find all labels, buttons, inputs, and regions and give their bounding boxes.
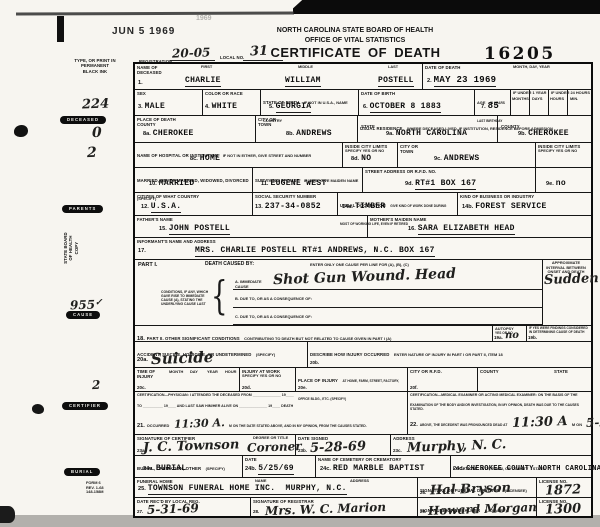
local-no-label: LOCAL NO.: [220, 55, 244, 60]
field-certifier-address: ADDRESS 23c. Murphy, N. C.: [391, 435, 589, 455]
immediate-cause-label: a. IMMEDIATE CAUSE: [235, 280, 269, 289]
row-name: NAME OF DECEASED FIRST MIDDLE LAST 1. CH…: [135, 64, 591, 90]
examiner-statement: 22.ABOVE, THE DECEDENT WAS PRONOUNCED DE…: [410, 413, 600, 431]
autopsy-value: no: [505, 331, 519, 341]
field-other-conditions: 18.PART II. OTHER SIGNIFICANT CONDITIONS…: [135, 326, 493, 341]
print-instruction-note: TYPE, OR PRINT IN PERMANENT BLACK INK: [58, 58, 132, 74]
conditions-note: CONDITIONS, IF ANY, WHICH GAVE RISE TO I…: [161, 290, 209, 306]
registration-district-value: 20-05: [172, 46, 211, 59]
local-no-rule: [243, 60, 283, 61]
certifier-title-value: Coroner: [247, 440, 302, 454]
informant-value: MRS. CHARLIE POSTELL RT#1 ANDREWS, N.C. …: [195, 247, 435, 257]
cause-line-b-rule: [233, 307, 543, 308]
field-age-months: IF UNDER 1 YEAR MONTHS: [511, 90, 530, 115]
due-to-c-label: c. DUE TO, OR AS A CONSEQUENCE OF:: [235, 315, 312, 320]
field-funeral-director-signature: SIGNATURE OF FUNERAL DIRECTOR (LICENSEE)…: [418, 478, 537, 497]
embalmer-license-value: 1300: [545, 502, 582, 516]
field-citizen: CITIZEN OF WHAT COUNTRY 12.U.S.A.: [135, 193, 253, 215]
copy-note: STATE BOARD OF HEALTH COPY: [63, 213, 79, 283]
margin-mark-1: 224: [82, 98, 110, 112]
certificate-form: NAME OF DECEASED FIRST MIDDLE LAST 1. CH…: [133, 62, 593, 518]
certificate-title: CERTIFICATE OF DEATH: [248, 45, 463, 60]
field-certification-physician: CERTIFICATION—PHYSICIAN: I ATTENDED THE …: [135, 392, 408, 434]
date-signed-value: 5-28-69: [310, 440, 366, 455]
cause-line-c-rule: [233, 324, 543, 325]
agency-name: NORTH CAROLINA STATE BOARD OF HEALTH OFF…: [255, 26, 455, 46]
field-age-days: DAYS: [530, 90, 549, 115]
scan-top-line: [16, 12, 294, 16]
field-death-city: CITY OR TOWN 8b.ANDREWS: [256, 116, 358, 142]
field-autopsy: AUTOPSYYES OR NO 19a. no: [493, 326, 527, 341]
part1-section: PART I. DEATH CAUSED BY: ENTER ONLY ONE …: [135, 260, 589, 325]
certifier-address-value: Murphy, N. C.: [407, 438, 507, 454]
row-citizen: CITIZEN OF WHAT COUNTRY 12.U.S.A. SOCIAL…: [135, 193, 591, 216]
scan-top-black-bar: [293, 0, 600, 14]
agency-line-1: NORTH CAROLINA STATE BOARD OF HEALTH: [255, 26, 455, 36]
tab-deceased: DECEASED: [60, 116, 106, 124]
pronounced-date-value: 5-23 69: [586, 415, 600, 429]
scan-bottom-blot: [0, 506, 15, 523]
field-cemetery: NAME OF CEMETERY OR CREMATORY 24c.RED MA…: [316, 456, 451, 477]
row-certifier-signature: SIGNATURE OF CERTIFIER DEGREE OR TITLE 2…: [135, 435, 591, 456]
scan-ghost-text: 1969: [196, 15, 212, 22]
field-mother-name: MOTHER'S MAIDEN NAME 16.SARA ELIZABETH H…: [368, 216, 589, 237]
field-state-of-birth: STATE OF BIRTH IF NOT IN U.S.A., NAME CO…: [261, 90, 359, 115]
director-license-value: 1872: [545, 483, 582, 497]
field-date-of-death: DATE OF DEATH MONTH, DAY, YEAR 2.MAY 23 …: [423, 64, 589, 89]
field-color-or-race: COLOR OR RACE 4.WHITE: [203, 90, 261, 115]
field-time-of-injury: TIME OF INJURY MONTH DAY YEAR HOUR 20c.: [135, 368, 240, 391]
field-death-inside-city-limits: INSIDE CITY LIMITSSPECIFY YES OR NO 8d.N…: [343, 143, 398, 167]
row-informant: INFORMANT'S NAME AND ADDRESS 17. MRS. CH…: [135, 238, 591, 260]
field-place-of-injury: PLACE OF INJURY AT HOME, FARM, STREET, F…: [296, 368, 408, 391]
field-hospital: NAME OF HOSPITAL OR INSTITUTION IF NOT I…: [135, 143, 343, 167]
field-burial-date: DATE 24b.5/25/69: [243, 456, 316, 477]
margin-mark-2: 0: [92, 126, 102, 140]
field-embalmer-signature: SIGNATURE OF EMBALMER (LICENSEE) 29. How…: [418, 498, 537, 516]
field-funeral-home: FUNERAL HOME NAME ADDRESS 25.TOWNSON FUN…: [135, 478, 418, 497]
registration-district-rule: [170, 60, 215, 61]
field-embalmer-license: LICENSE NO. 1300: [537, 498, 589, 516]
tab-parents: PARENTS: [62, 205, 103, 213]
cause-line-a-rule: [233, 289, 543, 290]
margin-mark-3: 2: [87, 146, 97, 160]
field-burial-type: BURIAL, CREMATION, OTHER (SPECIFY) 24a.B…: [135, 456, 243, 477]
field-injury-county: COUNTY: [478, 368, 552, 391]
physician-statement: 21.OCCURRED 11:30 A. M ON THE DATE STATE…: [137, 414, 367, 432]
certificate-number: 16205: [484, 44, 556, 64]
form-number-note: FORM 6 REV. 1-68 148-158M: [86, 481, 104, 495]
immediate-interval-value: Sudden: [544, 272, 599, 287]
ink-blot-1: [14, 125, 28, 137]
pronounced-time-value: 11:30 A: [512, 415, 568, 430]
row-burial: BURIAL, CREMATION, OTHER (SPECIFY) 24a.B…: [135, 456, 591, 478]
row-injury-details: TIME OF INJURY MONTH DAY YEAR HOUR 20c. …: [135, 368, 591, 392]
embalmer-signature-value: Howard Morgan: [428, 501, 537, 517]
field-injury-state: STATE: [552, 368, 589, 391]
deceased-middle-name: WILLIAM: [285, 77, 321, 87]
field-director-license: LICENSE NO. 1872: [537, 478, 589, 497]
field-residence-inside-city-label: INSIDE CITY LIMITSSPECIFY YES OR NO: [536, 143, 589, 167]
deceased-last-name: POSTELL: [378, 77, 414, 87]
field-registrar-signature: SIGNATURE OF REGISTRAR 28. Mrs. W. C. Ma…: [251, 498, 418, 516]
field-findings-considered: IF YES WERE FINDINGS CONSIDERED IN DETER…: [527, 326, 589, 341]
row-cause-of-death: PART I. DEATH CAUSED BY: ENTER ONLY ONE …: [135, 260, 591, 326]
field-injury-at-work: INJURY AT WORKSPECIFY YES OR NO 20d.: [240, 368, 296, 391]
due-to-b-label: b. DUE TO, OR AS A CONSEQUENCE OF:: [235, 297, 312, 302]
scanned-death-certificate: 1969 JUN 5 1969 REGISTRATION DISTRICT NO…: [0, 0, 600, 527]
scan-left-mark: [57, 16, 64, 42]
immediate-cause-value: Shot Gun Wound. Head: [273, 267, 456, 287]
field-street-address: STREET ADDRESS OR R.F.D. No. 9d.RT#1 BOX…: [363, 168, 536, 192]
row-certification: CERTIFICATION—PHYSICIAN: I ATTENDED THE …: [135, 392, 591, 435]
date-received-value: 5-31-69: [147, 502, 199, 516]
row-vitals: SEX 3.MALE COLOR OR RACE 4.WHITE STATE O…: [135, 90, 591, 116]
field-age-hours: IF UNDER 24 HOURS HOURS: [549, 90, 568, 115]
row-marital: MARRIED, NEVER MARRIED, WIDOWED, DIVORCE…: [135, 168, 591, 193]
row-place-of-death: PLACE OF DEATHCOUNTY 8a.CHEROKEE CITY OR…: [135, 116, 591, 143]
funeral-director-value: Hal Bryson: [430, 482, 511, 498]
received-stamp: JUN 5 1969: [112, 26, 175, 37]
field-date-signed: DATE SIGNED 23b. 5-28-69: [295, 435, 391, 455]
field-date-of-birth: DATE OF BIRTH 6.OCTOBER 8 1883: [359, 90, 475, 115]
row-parents: FATHER'S NAME 15.JOHN POSTELL MOTHER'S M…: [135, 216, 591, 238]
tab-burial: BURIAL: [64, 468, 100, 476]
brace: {: [211, 275, 228, 320]
field-age-minutes: MIN.: [568, 90, 589, 115]
field-injury-city: CITY OR R.F.D. 20f.: [408, 368, 478, 391]
margin-mark-5: 2: [92, 379, 101, 391]
deceased-first-name: CHARLIE: [185, 77, 221, 87]
field-ssn: SOCIAL SECURITY NUMBER 13.237-34-0852: [253, 193, 338, 215]
field-occupation: USUAL OCCUPATION GIVE KIND OF WORK DONE …: [338, 193, 458, 215]
field-residence-inside-city-value: 9e.no: [536, 168, 589, 192]
date-of-death-value: 2.MAY 23 1969: [427, 69, 496, 87]
row-part2: 18.PART II. OTHER SIGNIFICANT CONDITIONS…: [135, 326, 591, 342]
field-sex: SEX 3.MALE: [135, 90, 203, 115]
field-residence-city: CITY OR TOWN 9c.ANDREWS: [398, 143, 536, 167]
row-registrar: DATE REC'D BY LOCAL REG. 27. 5-31-69 SIG…: [135, 498, 591, 516]
row-hospital: NAME OF HOSPITAL OR INSTITUTION IF NOT I…: [135, 143, 591, 168]
field-date-received: DATE REC'D BY LOCAL REG. 27. 5-31-69: [135, 498, 251, 516]
field-how-injury-occurred: DESCRIBE HOW INJURY OCCURRED ENTER NATUR…: [308, 342, 589, 367]
death-time-value: 11:30 A.: [174, 417, 225, 430]
field-cemetery-location: LOCATION CITY, TOWN, OR COUNTY STATE 24d…: [451, 456, 589, 477]
row-manner-of-death: ACCIDENT, SUICIDE, HOMICIDE, OR UNDETERM…: [135, 342, 591, 368]
interval-column: APPROXIMATE INTERVAL BETWEEN ONSET AND D…: [542, 260, 589, 325]
manner-value: Suicide: [151, 350, 214, 367]
field-father-name: FATHER'S NAME 15.JOHN POSTELL: [135, 216, 368, 237]
tab-certifier: CERTIFIER: [62, 402, 108, 410]
field-industry: KIND OF BUSINESS OR INDUSTRY 14b.FOREST …: [458, 193, 589, 215]
registrar-signature-value: Mrs. W. C. Marion: [265, 501, 386, 517]
field-name-of-deceased: NAME OF DECEASED FIRST MIDDLE LAST 1. CH…: [135, 64, 423, 89]
field-age: AGE IN YEARS LAST BIRTHDAY 7.85: [475, 90, 511, 115]
field-surviving-spouse: SURVIVING SPOUSE IF WIFE, GIVE MAIDEN NA…: [253, 168, 363, 192]
certifier-signature-value: J. C. Townson: [143, 438, 240, 454]
field-death-county: PLACE OF DEATHCOUNTY 8a.CHEROKEE: [135, 116, 256, 142]
margin-mark-4: 955✓: [70, 296, 103, 314]
ink-blot-2: [32, 404, 44, 414]
field-residence-state: USUAL RESIDENCE WHERE DECEASED LIVED. IF…: [358, 116, 498, 142]
field-marital-status: MARRIED, NEVER MARRIED, WIDOWED, DIVORCE…: [135, 168, 253, 192]
field-manner-of-death: ACCIDENT, SUICIDE, HOMICIDE, OR UNDETERM…: [135, 342, 308, 367]
field-informant: INFORMANT'S NAME AND ADDRESS 17. MRS. CH…: [135, 238, 589, 259]
row-funeral-home: FUNERAL HOME NAME ADDRESS 25.TOWNSON FUN…: [135, 478, 591, 498]
field-certifier-signature: SIGNATURE OF CERTIFIER DEGREE OR TITLE 2…: [135, 435, 295, 455]
field-certification-medical-examiner: CERTIFICATION—MEDICAL EXAMINER OR ACTING…: [408, 392, 589, 434]
